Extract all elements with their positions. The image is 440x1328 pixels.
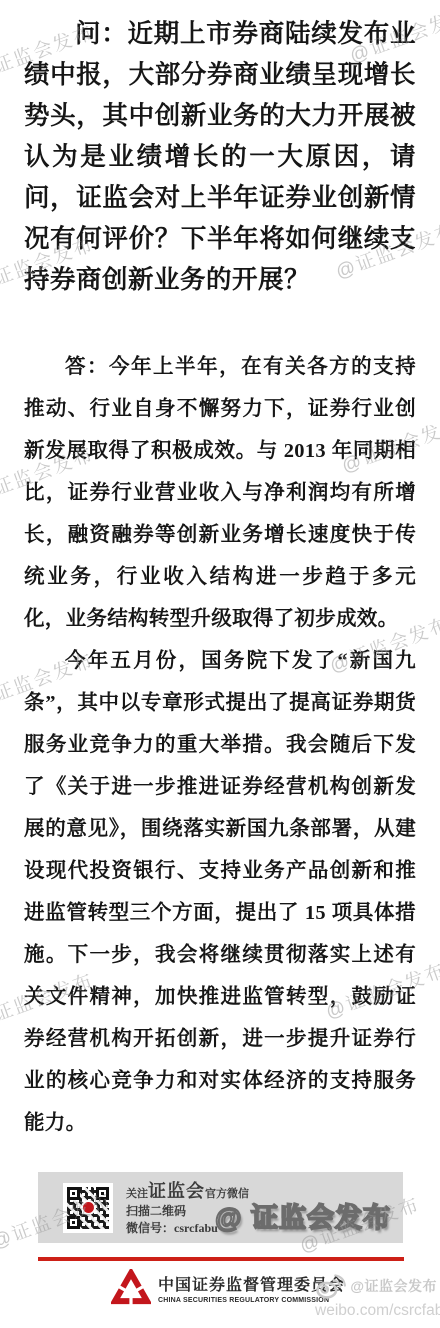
weibo-icon: [315, 1272, 347, 1300]
csrc-logo-icon: [111, 1269, 151, 1306]
wechat-banner: 关注证监会官方微信 扫描二维码 微信号：csrcfabu @ 证监会发布: [38, 1172, 403, 1243]
weibo-watermark-block: @证监会发布 weibo.com/csrcfabu: [315, 1272, 437, 1320]
qa-article: 问：近期上市券商陆续发布业绩中报，大部分券商业绩呈现增长势头，其中创新业务的大力…: [0, 0, 440, 1144]
qr-center-logo: [81, 1200, 96, 1215]
red-divider-line: [38, 1257, 404, 1261]
answer-paragraph-1: 答：今年上半年，在有关各方的支持推动、行业自身不懈努力下，证券行业创新发展取得了…: [24, 346, 416, 640]
brand-name: 证监会: [148, 1181, 205, 1201]
wechat-id-value: csrcfabu: [174, 1221, 218, 1235]
weibo-handle-badge: @ 证监会发布: [215, 1196, 391, 1235]
csrc-announcement-image: 问：近期上市券商陆续发布业绩中报，大部分券商业绩呈现增长势头，其中创新业务的大力…: [0, 0, 440, 1328]
qr-finder-bottom-left: [67, 1216, 80, 1229]
qr-finder-top-left: [67, 1187, 80, 1200]
wechat-id-label: 微信号：: [126, 1221, 174, 1235]
follow-prefix-label: 关注: [126, 1188, 148, 1200]
question-paragraph: 问：近期上市券商陆续发布业绩中报，大部分券商业绩呈现增长势头，其中创新业务的大力…: [24, 13, 416, 300]
weibo-handle-row: @证监会发布: [315, 1272, 437, 1300]
weibo-url-text: weibo.com/csrcfabu: [315, 1302, 437, 1320]
weibo-handle-text: @证监会发布: [350, 1276, 437, 1296]
qr-finder-top-right: [96, 1187, 109, 1200]
csrc-footer: 中国证券监督管理委员会 CHINA SECURITIES REGULATORY …: [111, 1269, 345, 1306]
qr-code-icon: [63, 1183, 113, 1233]
answer-paragraph-2: 今年五月份，国务院下发了“新国九条”，其中以专章形式提出了提高证券期货服务业竞争…: [24, 640, 416, 1144]
